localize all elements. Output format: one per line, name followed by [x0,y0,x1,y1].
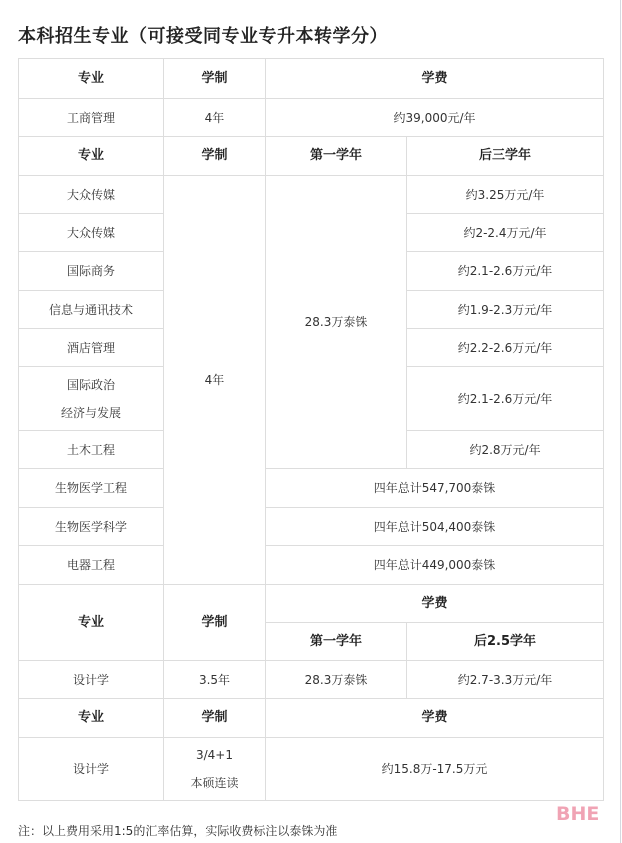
cell-total-fee: 四年总计449,000泰铢 [266,546,604,585]
cell-duration: 3.5年 [164,661,266,699]
cell-later-fee: 约2.1-2.6万元/年 [407,367,604,431]
cell-total-fee: 四年总计547,700泰铢 [266,469,604,508]
cell-later-fee: 约2.7-3.3万元/年 [407,661,604,699]
header-later-years: 后2.5学年 [407,623,604,661]
header-row: 专业 学制 学费 [19,59,604,99]
major-line-2: 经济与发展 [19,399,163,427]
cell-major: 信息与通讯技术 [19,291,164,329]
header-major: 专业 [19,585,164,661]
duration-line-1: 3/4+1 [164,741,265,769]
major-line-1: 国际政治 [19,371,163,399]
header-duration: 学制 [164,699,266,738]
header-row: 专业 学制 学费 [19,699,604,738]
page-edge-divider [620,0,621,843]
cell-major: 土木工程 [19,431,164,469]
cell-major: 电器工程 [19,546,164,585]
table-row: 设计学 3/4+1 本硕连读 约15.8万-17.5万元 [19,738,604,801]
footnote: 注：以上费用采用1:5的汇率估算，实际收费标注以泰铢为准 [18,822,337,839]
table-row: 工商管理 4年 约39,000元/年 [19,99,604,137]
header-duration: 学制 [164,59,266,99]
cell-later-fee: 约2.1-2.6万元/年 [407,252,604,291]
header-duration: 学制 [164,585,266,661]
cell-major: 大众传媒 [19,214,164,252]
cell-later-fee: 约1.9-2.3万元/年 [407,291,604,329]
table-row: 生物医学工程 四年总计547,700泰铢 [19,469,604,508]
cell-duration: 4年 [164,99,266,137]
header-first-year: 第一学年 [266,137,407,176]
header-fee: 学费 [266,59,604,99]
cell-major: 生物医学工程 [19,469,164,508]
cell-major: 生物医学科学 [19,508,164,546]
cell-major: 国际商务 [19,252,164,291]
header-major: 专业 [19,699,164,738]
header-major: 专业 [19,59,164,99]
cell-later-fee: 约3.25万元/年 [407,176,604,214]
header-duration: 学制 [164,137,266,176]
duration-line-2: 本硕连读 [164,769,265,797]
tuition-table: 专业 学制 学费 工商管理 4年 约39,000元/年 专业 学制 第一学年 后… [18,58,604,801]
cell-major: 工商管理 [19,99,164,137]
table-row: 生物医学科学 四年总计504,400泰铢 [19,508,604,546]
bhe-watermark-logo: BHE [556,803,599,825]
header-fee: 学费 [266,699,604,738]
header-fee: 学费 [266,585,604,623]
cell-first-year-fee: 28.3万泰铢 [266,661,407,699]
cell-fee: 约39,000元/年 [266,99,604,137]
cell-first-year-fee-merged: 28.3万泰铢 [266,176,407,469]
cell-major: 酒店管理 [19,329,164,367]
cell-major: 设计学 [19,738,164,801]
cell-fee: 约15.8万-17.5万元 [266,738,604,801]
table-row: 设计学 3.5年 28.3万泰铢 约2.7-3.3万元/年 [19,661,604,699]
header-row: 专业 学制 第一学年 后三学年 [19,137,604,176]
cell-later-fee: 约2.2-2.6万元/年 [407,329,604,367]
cell-major: 设计学 [19,661,164,699]
table-row: 大众传媒 4年 28.3万泰铢 约3.25万元/年 [19,176,604,214]
cell-duration-merged: 4年 [164,176,266,585]
header-later-years: 后三学年 [407,137,604,176]
cell-later-fee: 约2-2.4万元/年 [407,214,604,252]
cell-total-fee: 四年总计504,400泰铢 [266,508,604,546]
table-row: 电器工程 四年总计449,000泰铢 [19,546,604,585]
cell-later-fee: 约2.8万元/年 [407,431,604,469]
cell-major: 国际政治 经济与发展 [19,367,164,431]
cell-major: 大众传媒 [19,176,164,214]
page-title: 本科招生专业（可接受同专业专升本转学分） [18,22,388,48]
cell-duration: 3/4+1 本硕连读 [164,738,266,801]
header-first-year: 第一学年 [266,623,407,661]
header-row: 专业 学制 学费 [19,585,604,623]
header-major: 专业 [19,137,164,176]
